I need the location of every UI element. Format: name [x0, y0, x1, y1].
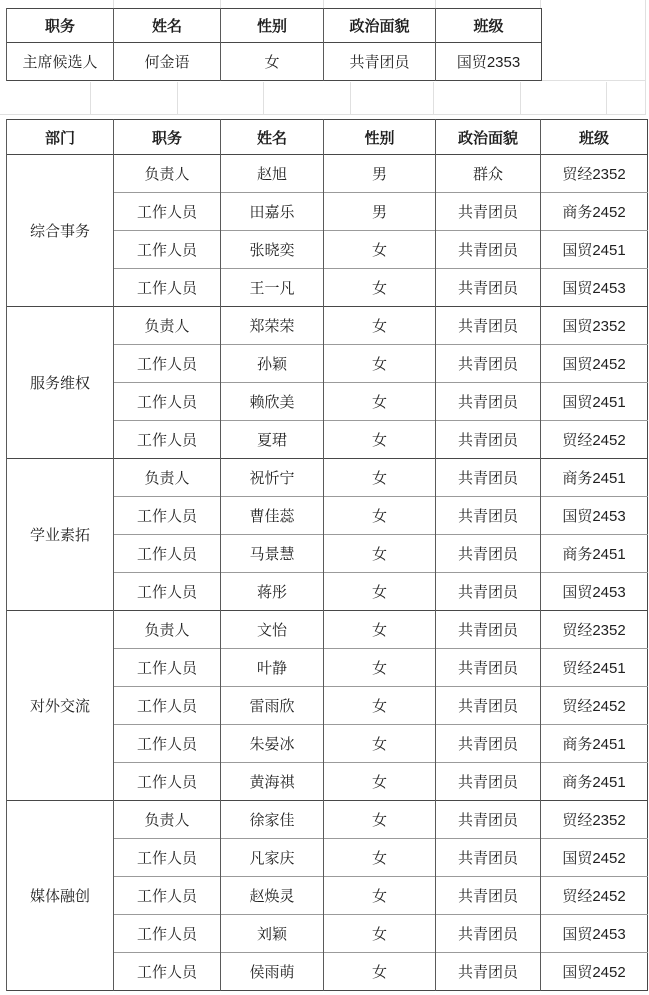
position-cell: 工作人员 — [114, 497, 221, 535]
gender-cell: 女 — [324, 839, 436, 877]
name-cell: 田嘉乐 — [221, 193, 324, 231]
political-status-cell: 群众 — [436, 155, 541, 193]
political-status-cell: 共青团员 — [436, 611, 541, 649]
position-cell: 工作人员 — [114, 231, 221, 269]
gender-cell: 女 — [324, 383, 436, 421]
position-cell: 工作人员 — [114, 763, 221, 801]
table-row: 服务维权负责人郑荣荣女共青团员国贸2352 — [7, 307, 648, 345]
political-status-cell: 共青团员 — [436, 193, 541, 231]
name-cell: 蒋彤 — [221, 573, 324, 611]
gridline — [541, 80, 645, 81]
class-cell: 商务2451 — [541, 459, 648, 497]
table-row: 媒体融创负责人徐家佳女共青团员贸经2352 — [7, 801, 648, 839]
name-cell: 赵焕灵 — [221, 877, 324, 915]
department-cell: 对外交流 — [7, 611, 114, 801]
class-cell: 国贸2453 — [541, 269, 648, 307]
position-cell: 负责人 — [114, 611, 221, 649]
political-status-cell: 共青团员 — [436, 535, 541, 573]
political-status-cell: 共青团员 — [436, 269, 541, 307]
class-cell: 国贸2453 — [541, 915, 648, 953]
class-cell: 国贸2451 — [541, 383, 648, 421]
position-cell: 负责人 — [114, 307, 221, 345]
department-cell: 服务维权 — [7, 307, 114, 459]
political-status-cell: 共青团员 — [436, 839, 541, 877]
name-cell: 曹佳蕊 — [221, 497, 324, 535]
position-cell: 工作人员 — [114, 687, 221, 725]
class-cell: 贸经2452 — [541, 421, 648, 459]
class-cell: 贸经2352 — [541, 801, 648, 839]
position-cell: 工作人员 — [114, 573, 221, 611]
class-cell: 贸经2451 — [541, 649, 648, 687]
gender-cell: 女 — [324, 877, 436, 915]
table-row: 学业素拓负责人祝忻宁女共青团员商务2451 — [7, 459, 648, 497]
position-cell: 工作人员 — [114, 535, 221, 573]
department-cell: 学业素拓 — [7, 459, 114, 611]
name-cell: 文怡 — [221, 611, 324, 649]
position-cell: 负责人 — [114, 801, 221, 839]
class-cell: 商务2451 — [541, 725, 648, 763]
class-cell: 贸经2452 — [541, 687, 648, 725]
political-status-cell: 共青团员 — [436, 763, 541, 801]
name-cell: 刘颖 — [221, 915, 324, 953]
name-cell: 孙颖 — [221, 345, 324, 383]
name-cell: 徐家佳 — [221, 801, 324, 839]
gridline — [606, 82, 607, 114]
gender-cell: 女 — [324, 231, 436, 269]
position-cell: 工作人员 — [114, 725, 221, 763]
header-cell-class: 班级 — [541, 120, 648, 155]
political-status-cell: 共青团员 — [436, 573, 541, 611]
gridline — [433, 82, 434, 114]
name-cell: 凡家庆 — [221, 839, 324, 877]
class-cell: 贸经2452 — [541, 877, 648, 915]
position-cell: 工作人员 — [114, 953, 221, 991]
table-row: 主席候选人 何金语 女 共青团员 国贸2353 — [7, 43, 542, 81]
header-cell-name: 姓名 — [114, 9, 221, 43]
political-status-cell: 共青团员 — [436, 383, 541, 421]
class-cell: 国贸2452 — [541, 839, 648, 877]
header-cell-gender: 性别 — [324, 120, 436, 155]
gender-cell: 女 — [324, 725, 436, 763]
name-cell: 马景慧 — [221, 535, 324, 573]
position-cell: 工作人员 — [114, 383, 221, 421]
name-cell: 朱晏冰 — [221, 725, 324, 763]
name-cell: 赖欣美 — [221, 383, 324, 421]
class-cell: 国贸2451 — [541, 231, 648, 269]
gender-cell: 女 — [324, 535, 436, 573]
header-cell-position: 职务 — [7, 9, 114, 43]
position-cell: 主席候选人 — [7, 43, 114, 81]
class-cell: 国贸2453 — [541, 497, 648, 535]
position-cell: 工作人员 — [114, 345, 221, 383]
header-cell-political-status: 政治面貌 — [436, 120, 541, 155]
gender-cell: 女 — [324, 801, 436, 839]
roster-table-body: 综合事务负责人赵旭男群众贸经2352工作人员田嘉乐男共青团员商务2452工作人员… — [7, 155, 648, 991]
position-cell: 工作人员 — [114, 649, 221, 687]
position-cell: 工作人员 — [114, 915, 221, 953]
name-cell: 黄海祺 — [221, 763, 324, 801]
gender-cell: 女 — [324, 345, 436, 383]
name-cell: 张晓奕 — [221, 231, 324, 269]
header-cell-political-status: 政治面貌 — [324, 9, 436, 43]
gender-cell: 女 — [324, 611, 436, 649]
header-cell-gender: 性别 — [221, 9, 324, 43]
class-cell: 贸经2352 — [541, 611, 648, 649]
class-cell: 商务2452 — [541, 193, 648, 231]
political-status-cell: 共青团员 — [436, 649, 541, 687]
name-cell: 叶静 — [221, 649, 324, 687]
header-cell-class: 班级 — [436, 9, 542, 43]
political-status-cell: 共青团员 — [436, 877, 541, 915]
class-cell: 国贸2453 — [541, 573, 648, 611]
gender-cell: 女 — [324, 953, 436, 991]
class-cell: 贸经2352 — [541, 155, 648, 193]
class-cell: 商务2451 — [541, 763, 648, 801]
political-status-cell: 共青团员 — [436, 459, 541, 497]
political-status-cell: 共青团员 — [436, 687, 541, 725]
candidate-table: 职务 姓名 性别 政治面貌 班级 主席候选人 何金语 女 共青团员 国贸2353 — [6, 8, 542, 81]
gender-cell: 女 — [324, 573, 436, 611]
gender-cell: 女 — [324, 915, 436, 953]
position-cell: 负责人 — [114, 459, 221, 497]
header-cell-department: 部门 — [7, 120, 114, 155]
gender-cell: 女 — [324, 269, 436, 307]
class-cell: 商务2451 — [541, 535, 648, 573]
class-cell: 国贸2452 — [541, 345, 648, 383]
gender-cell: 女 — [324, 687, 436, 725]
gridline — [263, 82, 264, 114]
gridline — [350, 82, 351, 114]
name-cell: 侯雨萌 — [221, 953, 324, 991]
political-status-cell: 共青团员 — [436, 421, 541, 459]
name-cell: 祝忻宁 — [221, 459, 324, 497]
class-cell: 国贸2352 — [541, 307, 648, 345]
gridline — [520, 82, 521, 114]
position-cell: 工作人员 — [114, 193, 221, 231]
gridline — [645, 0, 646, 114]
name-cell: 王一凡 — [221, 269, 324, 307]
gender-cell: 女 — [324, 307, 436, 345]
table-row: 对外交流负责人文怡女共青团员贸经2352 — [7, 611, 648, 649]
position-cell: 工作人员 — [114, 421, 221, 459]
position-cell: 工作人员 — [114, 839, 221, 877]
gridline — [177, 82, 178, 114]
gender-cell: 女 — [324, 763, 436, 801]
class-cell: 国贸2353 — [436, 43, 542, 81]
political-status-cell: 共青团员 — [436, 497, 541, 535]
position-cell: 工作人员 — [114, 269, 221, 307]
gridline — [220, 0, 221, 8]
gridline — [323, 0, 324, 8]
gender-cell: 男 — [324, 155, 436, 193]
political-status-cell: 共青团员 — [436, 725, 541, 763]
gender-cell: 男 — [324, 193, 436, 231]
political-status-cell: 共青团员 — [436, 231, 541, 269]
department-cell: 媒体融创 — [7, 801, 114, 991]
table-header-row: 职务 姓名 性别 政治面貌 班级 — [7, 9, 542, 43]
gender-cell: 女 — [324, 497, 436, 535]
political-status-cell: 共青团员 — [436, 953, 541, 991]
name-cell: 赵旭 — [221, 155, 324, 193]
name-cell: 夏珺 — [221, 421, 324, 459]
political-status-cell: 共青团员 — [324, 43, 436, 81]
gender-cell: 女 — [324, 421, 436, 459]
gridline — [90, 82, 91, 114]
gridline — [435, 0, 436, 8]
class-cell: 国贸2452 — [541, 953, 648, 991]
gridline — [0, 114, 646, 115]
political-status-cell: 共青团员 — [436, 801, 541, 839]
position-cell: 负责人 — [114, 155, 221, 193]
table-row: 综合事务负责人赵旭男群众贸经2352 — [7, 155, 648, 193]
position-cell: 工作人员 — [114, 877, 221, 915]
gender-cell: 女 — [221, 43, 324, 81]
political-status-cell: 共青团员 — [436, 345, 541, 383]
department-cell: 综合事务 — [7, 155, 114, 307]
gridline — [113, 0, 114, 8]
gridline — [540, 0, 541, 8]
header-cell-position: 职务 — [114, 120, 221, 155]
name-cell: 何金语 — [114, 43, 221, 81]
header-cell-name: 姓名 — [221, 120, 324, 155]
name-cell: 雷雨欣 — [221, 687, 324, 725]
roster-table: 部门 职务 姓名 性别 政治面貌 班级 综合事务负责人赵旭男群众贸经2352工作… — [6, 119, 648, 991]
spreadsheet-view: 职务 姓名 性别 政治面貌 班级 主席候选人 何金语 女 共青团员 国贸2353 — [0, 0, 649, 995]
name-cell: 郑荣荣 — [221, 307, 324, 345]
gender-cell: 女 — [324, 649, 436, 687]
political-status-cell: 共青团员 — [436, 307, 541, 345]
gender-cell: 女 — [324, 459, 436, 497]
table-header-row: 部门 职务 姓名 性别 政治面貌 班级 — [7, 120, 648, 155]
political-status-cell: 共青团员 — [436, 915, 541, 953]
